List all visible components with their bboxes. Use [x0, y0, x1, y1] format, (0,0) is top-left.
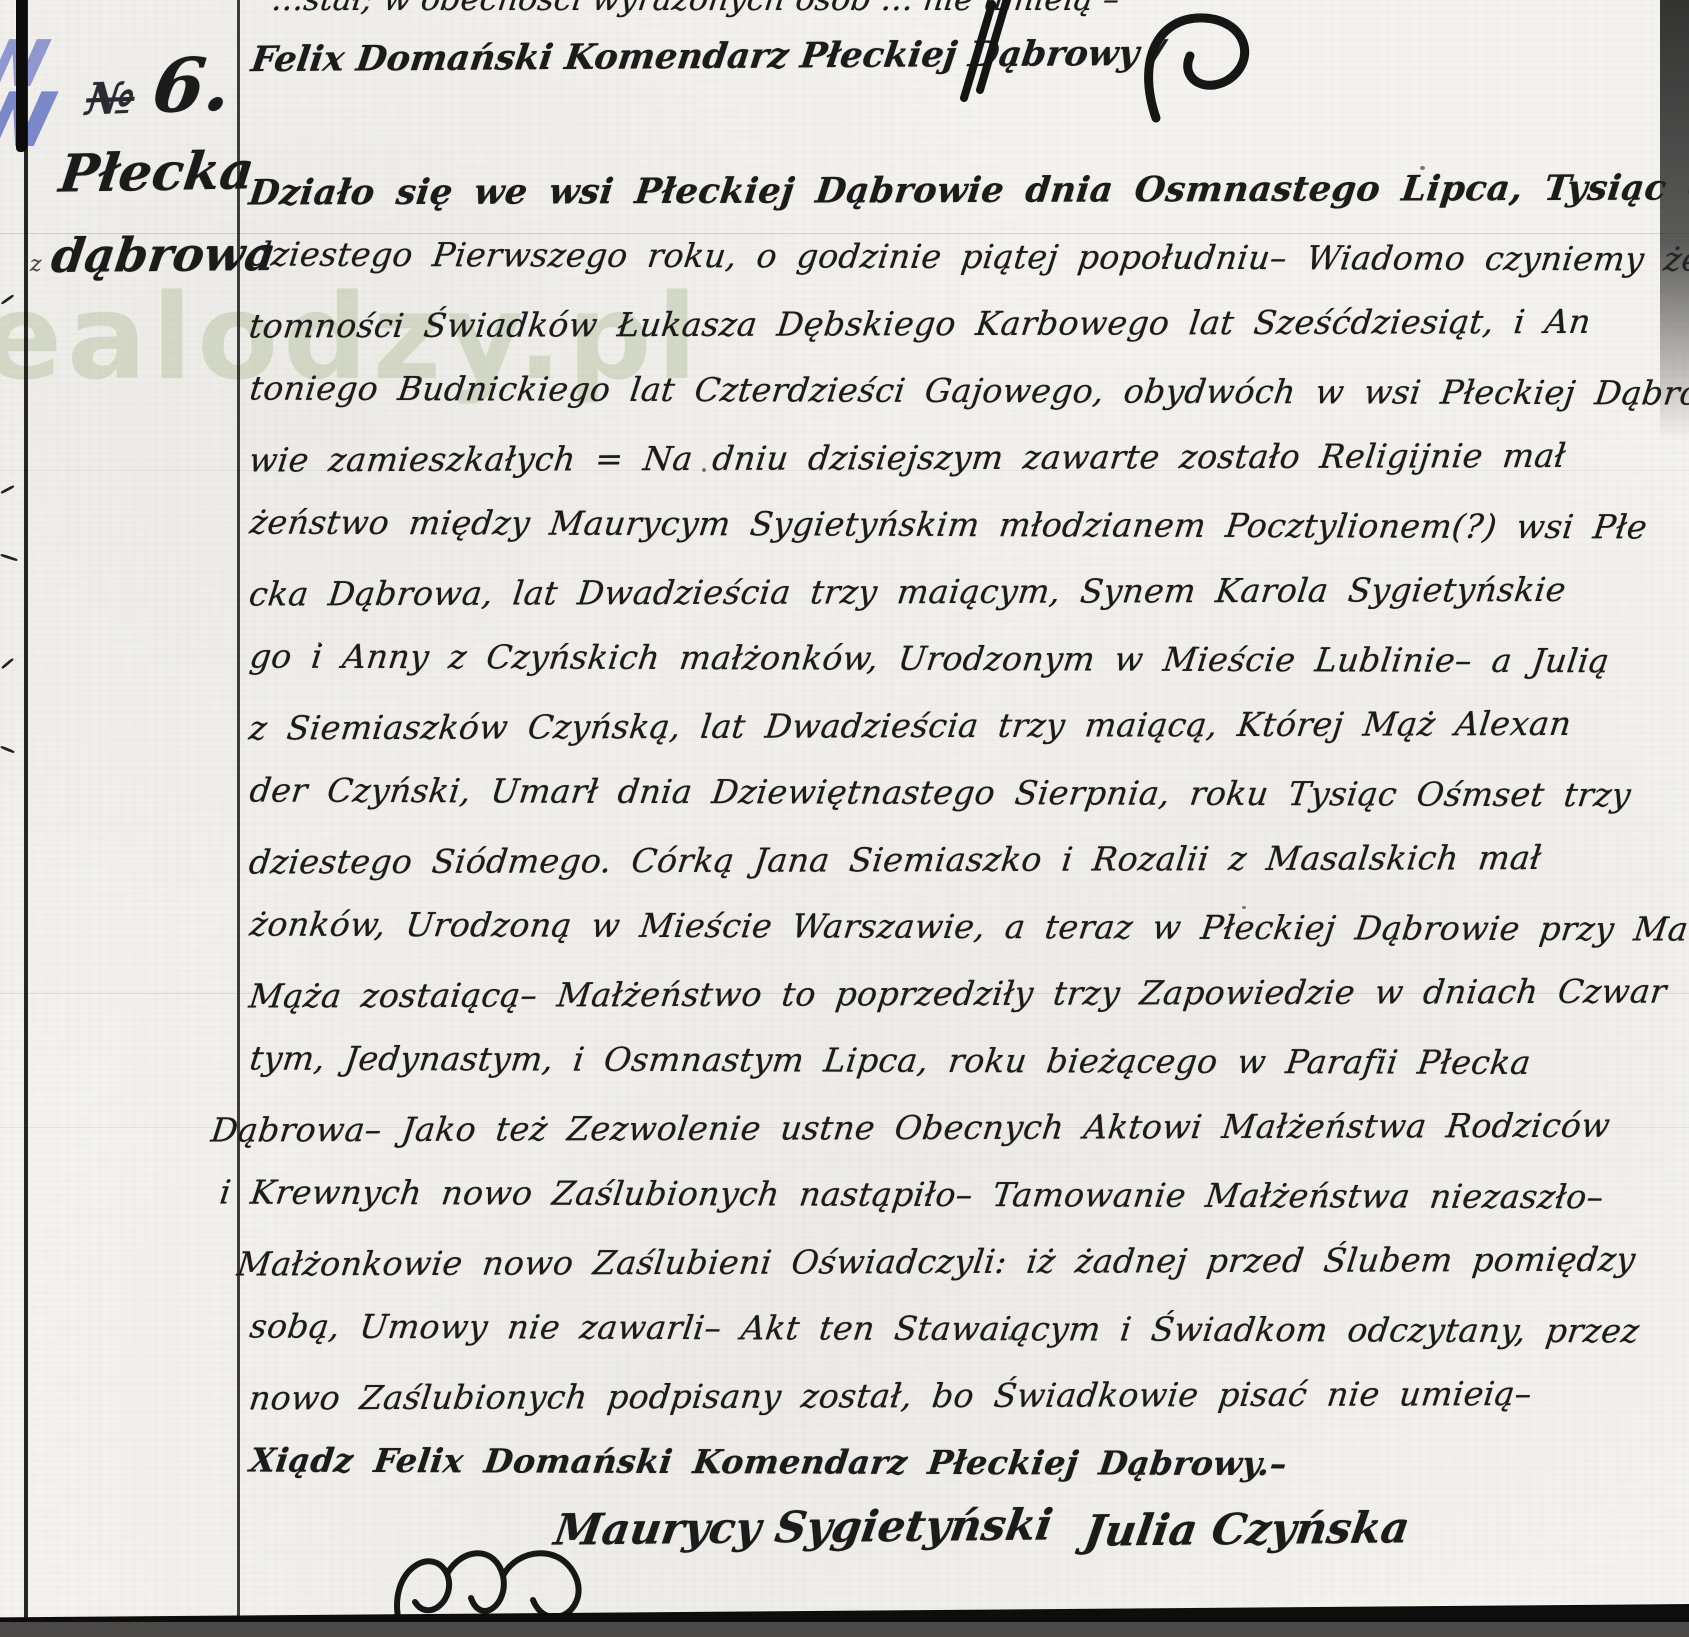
body-line: cka Dąbrowa, lat Dwadzieścia trzy maiący…	[244, 570, 1673, 642]
groom-signature: Maurycy Sygietyński	[551, 1500, 1056, 1555]
edge-ink-mark	[0, 485, 15, 495]
blue-watermark-letter: w	[0, 62, 58, 162]
ink-speck	[1242, 906, 1246, 909]
ink-stroke-flourish	[940, 2, 1010, 102]
ink-speck	[1420, 166, 1425, 170]
previous-act-signature-line: Felix Domański Komendarz Płeckiej Dąbrow…	[249, 33, 1167, 80]
ink-speck	[702, 468, 706, 472]
margin-stray-mark: z	[30, 252, 42, 277]
margin-place-name-line1: Płecka	[56, 140, 258, 204]
body-line: Dąbrowa– Jako też Zezwolenie ustne Obecn…	[206, 1105, 1673, 1177]
act-number: № 6.	[82, 42, 236, 133]
body-line: żonków, Urodzoną w Mieście Warszawie, a …	[244, 905, 1672, 977]
ink-speck	[318, 642, 321, 645]
bride-signature: Julia Czyńska	[1081, 1503, 1413, 1556]
edge-ink-mark	[1, 658, 14, 670]
bottom-scan-edge-gray	[0, 1622, 1689, 1637]
right-scan-edge-shadow	[1660, 0, 1689, 440]
body-line: żeństwo między Maurycym Sygietyńskim mło…	[244, 503, 1672, 575]
act-body-text: Działo się we wsi Płeckiej Dąbrowie dnia…	[248, 170, 1668, 1510]
body-line: sobą, Umowy nie zawarli– Akt ten Stawaią…	[244, 1307, 1672, 1379]
body-line: Małżonkowie nowo Zaślubieni Oświadczyli:…	[232, 1240, 1673, 1312]
body-line: tomności Świadków Łukasza Dębskiego Karb…	[244, 302, 1673, 374]
body-line: dziestego Pierwszego roku, o godzinie pi…	[244, 235, 1672, 307]
act-number-digit: 6.	[148, 42, 236, 131]
body-line: Mąża zostaiącą– Małżeństwo to poprzedził…	[244, 972, 1673, 1044]
edge-ink-mark	[0, 553, 18, 561]
ink-speck	[1008, 1336, 1012, 1340]
body-line: wie zamieszkałych = Na dniu dzisiejszym …	[244, 436, 1673, 508]
body-line: z Siemiaszków Czyńską, lat Dwadzieścia t…	[244, 704, 1673, 776]
numero-sign: №	[83, 73, 137, 126]
document-page: { "document": { "kind": "Scanned handwri…	[0, 0, 1689, 1637]
body-line: dziestego Siódmego. Córką Jana Siemiaszk…	[244, 838, 1673, 910]
body-line: go i Anny z Czyńskich małżonków, Urodzon…	[244, 637, 1672, 709]
edge-ink-mark	[0, 745, 15, 753]
body-line: nowo Zaślubionych podpisany został, bo Ś…	[244, 1374, 1673, 1446]
left-rule-ink-blob	[16, 0, 27, 152]
body-line: Działo się we wsi Płeckiej Dąbrowie dnia…	[244, 168, 1673, 240]
left-page-rule-line	[24, 0, 28, 1637]
paraph-loop-flourish	[1128, 8, 1278, 123]
body-line: tym, Jedynastym, i Osmnastym Lipca, roku…	[244, 1039, 1672, 1111]
body-line: der Czyński, Umarł dnia Dziewiętnastego …	[244, 771, 1672, 843]
body-line: i Krewnych nowo Zaślubionych nastąpiło– …	[214, 1172, 1672, 1244]
body-line: toniego Budnickiego lat Czterdzieści Gaj…	[244, 369, 1672, 441]
